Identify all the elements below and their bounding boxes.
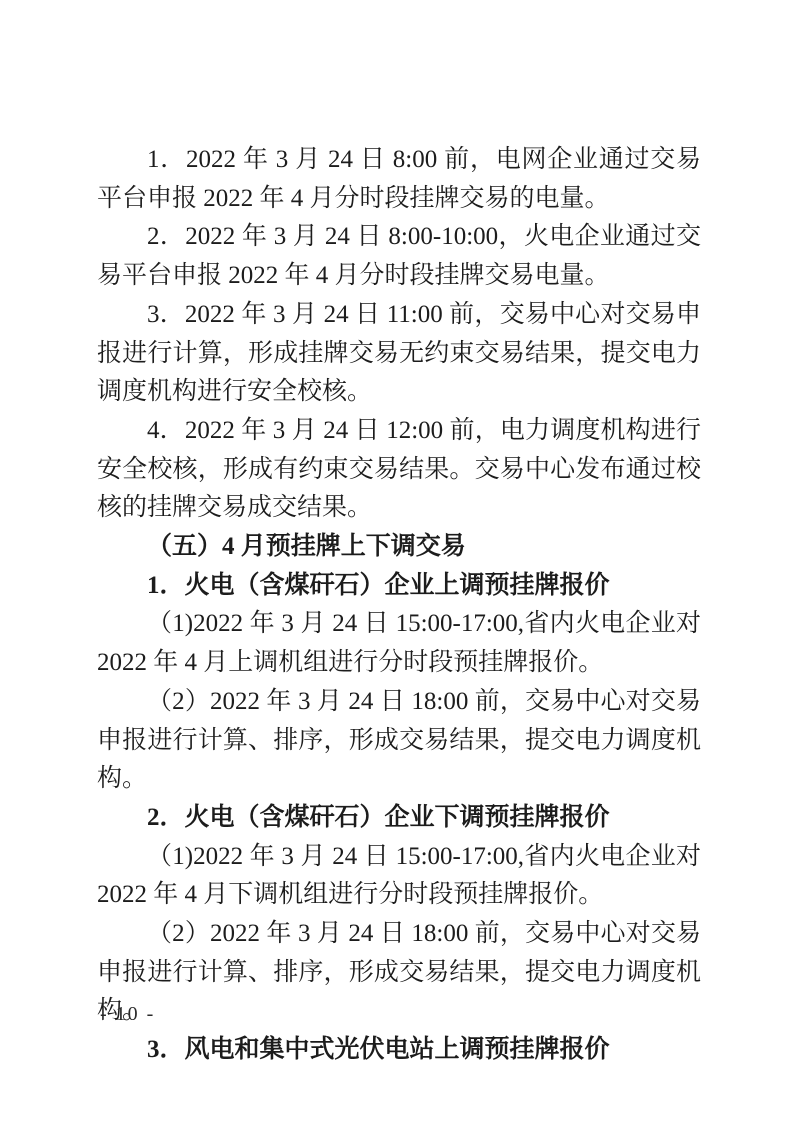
paragraph-step-2: 2．2022 年 3 月 24 日 8:00-10:00，火电企业通过交易平台申… <box>97 218 701 295</box>
subsection-heading-1: 1．火电（含煤矸石）企业上调预挂牌报价 <box>97 567 701 606</box>
subsection-heading-2: 2．火电（含煤矸石）企业下调预挂牌报价 <box>97 799 701 838</box>
paragraph-step-3: 3．2022 年 3 月 24 日 11:00 前，交易中心对交易申报进行计算，… <box>97 296 701 412</box>
page-number: - 10 - <box>100 1000 155 1028</box>
document-page: 1．2022 年 3 月 24 日 8:00 前，电网企业通过交易平台申报 20… <box>0 0 794 1123</box>
paragraph-step-1: 1．2022 年 3 月 24 日 8:00 前，电网企业通过交易平台申报 20… <box>97 141 701 218</box>
subsection-heading-3: 3．风电和集中式光伏电站上调预挂牌报价 <box>97 1031 701 1070</box>
paragraph-sub1-item1: （1)2022 年 3 月 24 日 15:00-17:00,省内火电企业对 2… <box>97 605 701 682</box>
paragraph-sub1-item2: （2）2022 年 3 月 24 日 18:00 前，交易中心对交易申报进行计算… <box>97 683 701 799</box>
paragraph-sub2-item1: （1)2022 年 3 月 24 日 15:00-17:00,省内火电企业对 2… <box>97 838 701 915</box>
paragraph-sub2-item2: （2）2022 年 3 月 24 日 18:00 前，交易中心对交易申报进行计算… <box>97 915 701 1031</box>
paragraph-step-4: 4．2022 年 3 月 24 日 12:00 前，电力调度机构进行安全校核，形… <box>97 412 701 528</box>
document-body: 1．2022 年 3 月 24 日 8:00 前，电网企业通过交易平台申报 20… <box>97 141 701 1070</box>
section-heading-5: （五）4 月预挂牌上下调交易 <box>97 528 701 567</box>
